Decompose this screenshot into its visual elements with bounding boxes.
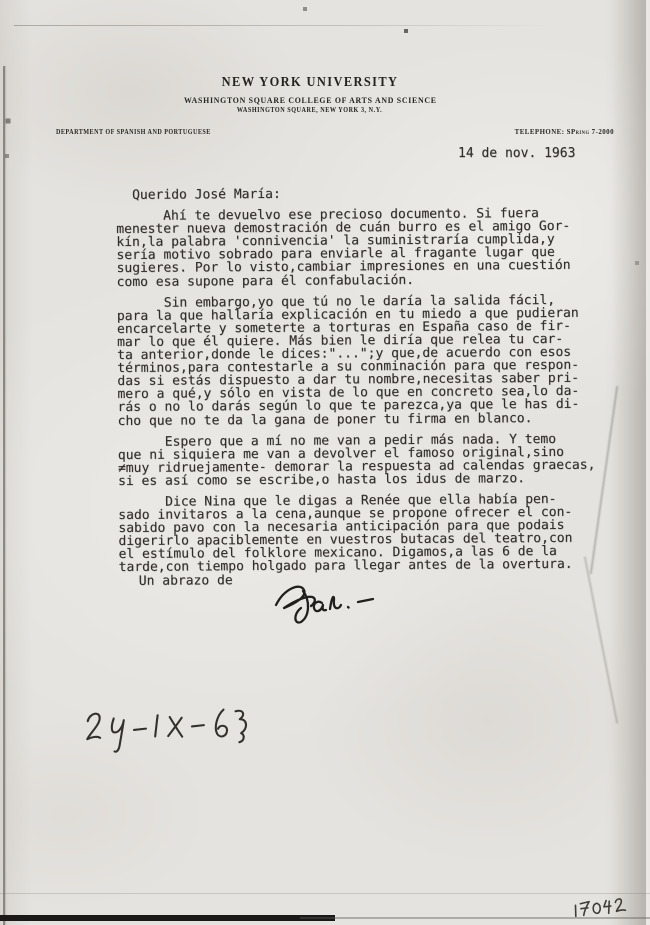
letterhead-department: DEPARTMENT OF SPANISH AND PORTUGUESE bbox=[56, 128, 211, 136]
scanned-letter-page: NEW YORK UNIVERSITY WASHINGTON SQUARE CO… bbox=[0, 0, 650, 925]
scan-shadow-right bbox=[612, 0, 646, 925]
letter-salutation: Querido José María: bbox=[116, 186, 594, 202]
letter-body: Querido José María: Ahí te devuelvo ese … bbox=[116, 186, 596, 588]
scan-edge-right bbox=[646, 0, 650, 925]
letterhead-college-name: WASHINGTON SQUARE COLLEGE OF ARTS AND SC… bbox=[0, 95, 620, 105]
handwritten-signature bbox=[270, 578, 395, 628]
paper-fold-line-bottom bbox=[0, 893, 650, 894]
paper-fold-line bbox=[14, 25, 554, 26]
scan-edge-left bbox=[3, 66, 5, 925]
letterhead-university-text: NEW YORK UNIVERSITY bbox=[222, 74, 399, 90]
letterhead-college-text: WASHINGTON SQUARE COLLEGE OF ARTS AND SC… bbox=[184, 95, 437, 105]
scan-specks bbox=[0, 0, 2, 2]
letter-paragraphs: Ahí te devuelvo ese precioso documento. … bbox=[116, 207, 596, 575]
letter-paragraph: Espero que a mí no me van a pedir más na… bbox=[118, 432, 596, 488]
letter-paragraph: Sin embargo,yo que tú no le daría la sal… bbox=[117, 293, 595, 427]
letter-paragraph: Dice Nina que le digas a Renée que ella … bbox=[118, 493, 596, 575]
letterhead-address-text: WASHINGTON SQUARE, NEW YORK 3, N.Y. bbox=[237, 106, 382, 114]
scan-edge-bottom bbox=[0, 915, 335, 921]
letter-paragraph: Ahí te devuelvo ese precioso documento. … bbox=[116, 207, 594, 289]
handwritten-date-annotation bbox=[77, 701, 263, 758]
typed-date: 14 de nov. 1963 bbox=[458, 147, 575, 160]
letterhead-address: WASHINGTON SQUARE, NEW YORK 3, N.Y. bbox=[0, 106, 620, 114]
letterhead-telephone: TELEPHONE: SPring 7-2000 bbox=[515, 127, 614, 136]
letterhead-university-name: NEW YORK UNIVERSITY bbox=[0, 74, 620, 90]
